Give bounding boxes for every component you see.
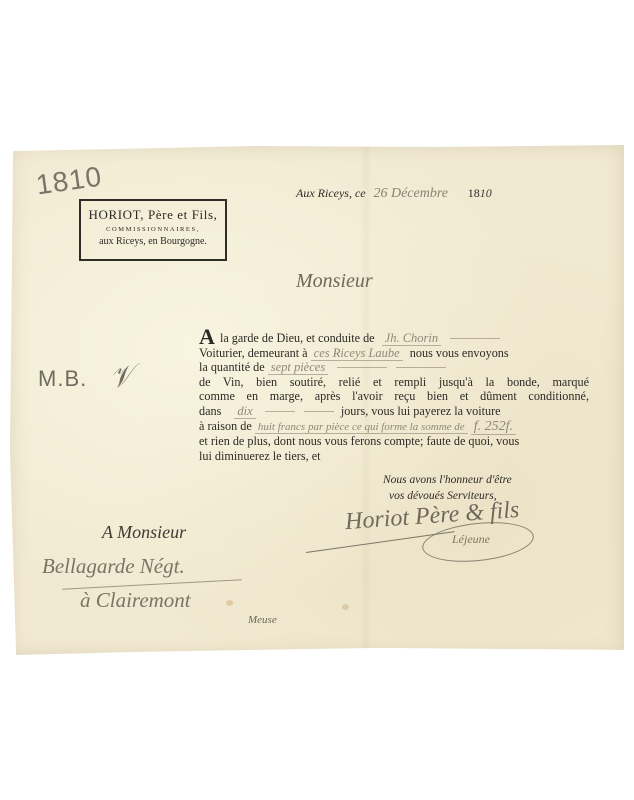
letter-body: A la garde de Dieu, et conduite de Jh. C… [199,329,589,463]
address-line-4: Meuse [248,614,277,626]
closing-line-1: Nous avons l'honneur d'être [383,472,512,488]
date-prefix: Aux Riceys, ce [296,186,366,200]
body-line-2: Voiturier, demeurant à ces Riceys Laube … [199,346,589,361]
fill-dash [304,411,334,412]
date-year-suffix: 10 [480,186,492,200]
body-line-4: de Vin, bien soutiré, relié et rempli ju… [199,375,589,390]
date-year-prefix: 18 [468,186,480,200]
address-line-3: à Clairemont [80,588,191,613]
address-line-2: Bellagarde Négt. [42,554,185,579]
body-line-8: et rien de plus, dont nous vous ferons c… [199,434,589,449]
body-line-9: lui diminuerez le tiers, et [199,449,589,464]
days-field: dix [234,404,255,419]
fill-dash [265,411,295,412]
date-day-month: 26 Décembre [373,186,448,201]
letterhead-box: HORIOT, Père et Fils, COMMISSIONNAIRES, … [79,199,227,261]
foxing-stain [342,604,349,610]
margin-mark-initials: M.B. [38,366,87,392]
fill-dash [450,338,500,339]
body-line-1: A la garde de Dieu, et conduite de Jh. C… [199,329,589,346]
fill-dash [337,367,387,368]
letterhead-name: HORIOT, Père et Fils, [81,207,225,223]
foxing-stain [226,600,233,606]
body-line-3: la quantité de sept pièces [199,360,589,375]
quantity-field: sept pièces [268,360,329,375]
body-line-5: comme en marge, après l'avoir reçu bien … [199,389,589,404]
letterhead-place: aux Riceys, en Bourgogne. [81,236,225,247]
body-line-6: dans dix jours, vous lui payerez la voit… [199,404,589,419]
carrier-name-field: Jh. Chorin [382,331,441,346]
address-line-1: A Monsieur [102,522,186,543]
total-amount-field: f. 252f. [471,419,516,435]
carrier-residence-field: ces Riceys Laube [311,346,403,361]
body-line-7: à raison de huit francs par pièce ce qui… [199,419,589,435]
fill-dash [396,367,446,368]
rate-field: huit francs par pièce ce qui forme la so… [255,421,468,434]
salutation: Monsieur [296,270,373,293]
signature-sub: Léjeune [452,532,490,547]
letterhead-role: COMMISSIONNAIRES, [81,226,225,233]
date-line: Aux Riceys, ce 26 Décembre 1810 [296,186,492,202]
